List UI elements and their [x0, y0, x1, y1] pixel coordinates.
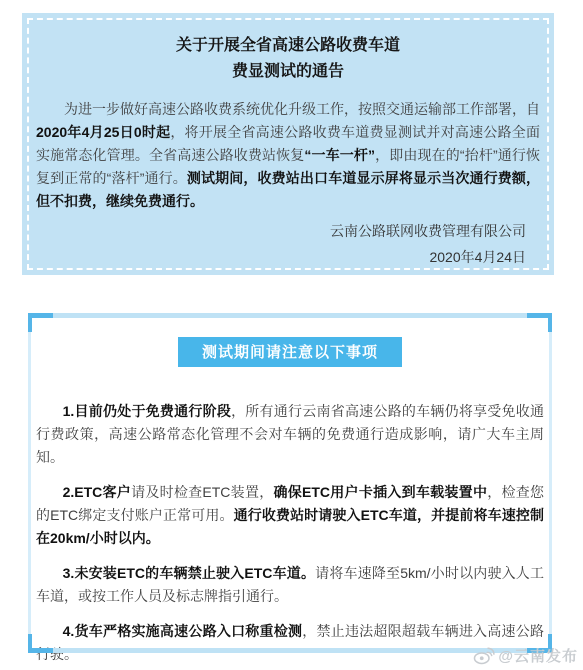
frame-corner-top-left: [28, 313, 53, 332]
notice-signature: 云南公路联网收费管理有限公司: [22, 218, 526, 244]
note-item-1: 1.目前仍处于免费通行阶段，所有通行云南省高速公路的车辆仍将享受免收通行费政策，…: [36, 400, 544, 469]
note-segment: 4.货车严格实施高速公路入口称重检测: [63, 623, 303, 639]
frame-top-edge: [28, 313, 552, 318]
note-segment: 1.目前仍处于免费通行阶段: [63, 403, 231, 419]
notice-title-line2: 费显测试的通告: [232, 63, 344, 80]
notes-card: 测试期间请注意以下事项 1.目前仍处于免费通行阶段，所有通行云南省高速公路的车辆…: [28, 313, 552, 653]
watermark-text: @云南发布: [498, 645, 578, 666]
note-segment: 3.未安装ETC的车辆禁止驶入ETC车道。: [63, 565, 316, 581]
watermark: @云南发布: [473, 645, 578, 666]
note-item-3: 3.未安装ETC的车辆禁止驶入ETC车道。请将车速降至5km/小时以内驶入人工车…: [36, 562, 544, 608]
paragraph-segment: 为进一步做好高速公路收费系统优化升级工作，按照交通运输部工作部署，自: [64, 101, 540, 117]
frame-left-edge: [28, 313, 31, 653]
note-segment: 请及时检查ETC装置，: [131, 484, 273, 500]
notice-title-line1: 关于开展全省高速公路收费车道: [176, 37, 400, 54]
frame-corner-top-right: [527, 313, 552, 332]
note-segment: 2.ETC客户: [63, 484, 131, 500]
note-segment: 确保ETC用户卡插入到车载装置中: [273, 484, 487, 500]
frame-corner-bottom-left: [28, 634, 53, 653]
notes-header-badge: 测试期间请注意以下事项: [178, 337, 402, 367]
notice-image: { "colors": { "notice_bg": "#c2e2f4", "d…: [0, 0, 583, 670]
frame-right-edge: [549, 313, 552, 653]
notice-date: 2020年4月24日: [22, 244, 526, 270]
note-item-4: 4.货车严格实施高速公路入口称重检测，禁止违法超限超载车辆进入高速公路行驶。: [36, 620, 544, 666]
notice-title: 关于开展全省高速公路收费车道 费显测试的通告: [22, 33, 554, 85]
paragraph-segment: “一车一杆”: [304, 147, 375, 163]
note-item-2: 2.ETC客户请及时检查ETC装置，确保ETC用户卡插入到车载装置中，检查您的E…: [36, 481, 544, 550]
notice-paragraph: 为进一步做好高速公路收费系统优化升级工作，按照交通运输部工作部署，自2020年4…: [36, 98, 540, 213]
paragraph-segment: 2020年4月25日0时起: [36, 124, 170, 140]
notice-card: 关于开展全省高速公路收费车道 费显测试的通告 为进一步做好高速公路收费系统优化升…: [22, 13, 554, 275]
weibo-icon: [473, 646, 495, 665]
